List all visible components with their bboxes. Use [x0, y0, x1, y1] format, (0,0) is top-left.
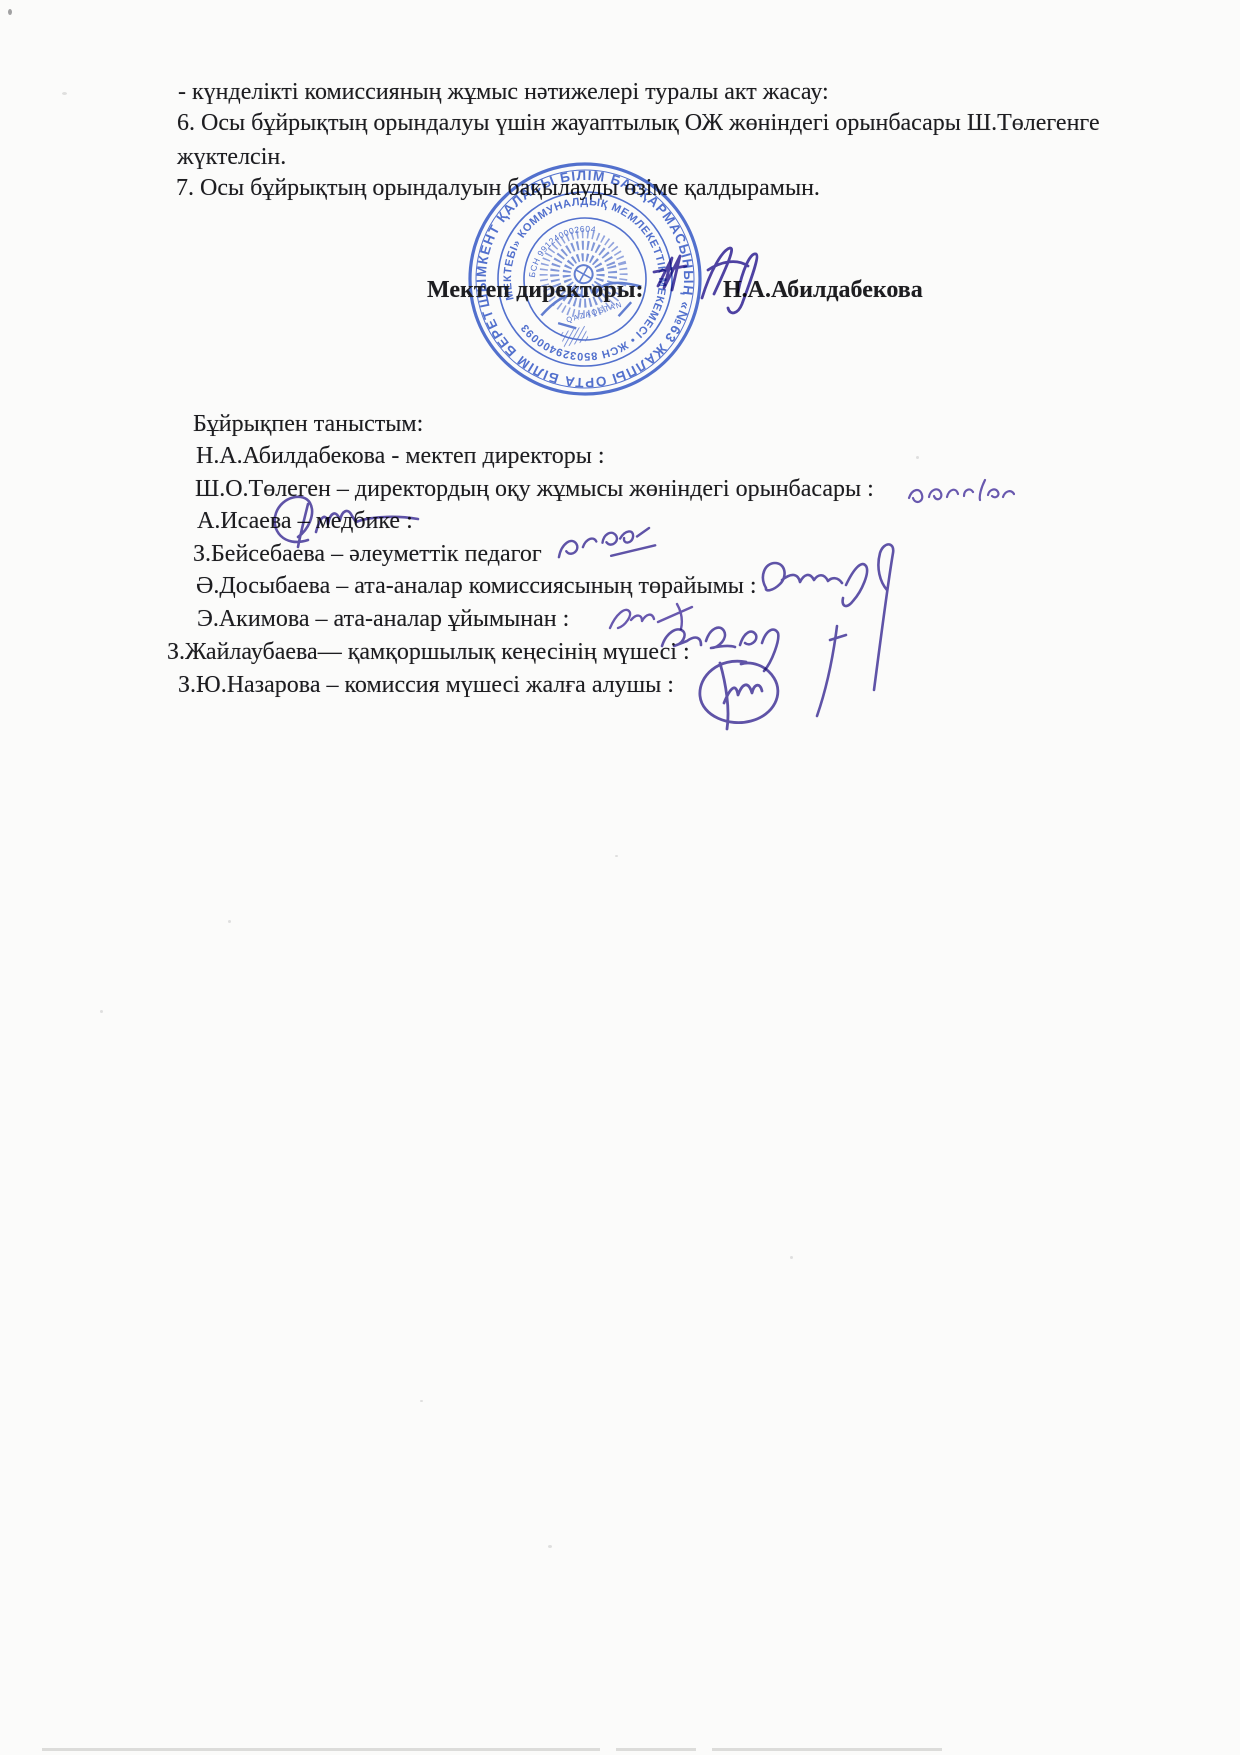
- paragraph-line: 6. Осы бұйрықтың орындалуы үшін жауаптыл…: [177, 109, 1100, 137]
- scanned-document-page: - күнделікті комиссияның жұмыс нәтижелер…: [0, 0, 1240, 1755]
- scanner-edge-line: [616, 1748, 696, 1751]
- ack-entry-abildabekova: Н.А.Абилдабекова - мектеп директоры :: [196, 442, 605, 470]
- signature-beisebaeva: [552, 522, 682, 570]
- scan-speck: [916, 456, 919, 459]
- scan-speck: [8, 9, 12, 15]
- scanner-edge-line: [42, 1748, 600, 1751]
- signature-isaeva: [262, 490, 427, 550]
- scanner-edge-line: [712, 1748, 942, 1751]
- scan-speck: [62, 92, 67, 95]
- scan-speck: [615, 855, 618, 857]
- acknowledgement-heading: Бұйрықпен таныстым:: [193, 410, 423, 438]
- paragraph-line: жүктелсін.: [177, 143, 286, 171]
- director-label: Мектеп директоры:: [427, 276, 643, 304]
- signature-tolegen: [905, 472, 1015, 514]
- scan-speck: [548, 1545, 552, 1548]
- ack-entry-zhailaubaeva: З.Жайлаубаева— қамқоршылық кеңесінің мүш…: [167, 638, 690, 666]
- scan-speck: [100, 1010, 103, 1013]
- scan-speck: [228, 920, 231, 923]
- paragraph-line: - күнделікті комиссияның жұмыс нәтижелер…: [178, 78, 829, 106]
- ack-entry-nazarova: З.Ю.Назарова – комиссия мүшесі жалға алу…: [178, 671, 674, 699]
- scan-speck: [420, 1400, 423, 1402]
- signature-nazarova: [688, 653, 808, 733]
- signature-director: [648, 238, 768, 328]
- scan-speck: [790, 1256, 793, 1259]
- ack-entry-akimova: Э.Акимова – ата-аналар ұйымынан :: [197, 605, 569, 633]
